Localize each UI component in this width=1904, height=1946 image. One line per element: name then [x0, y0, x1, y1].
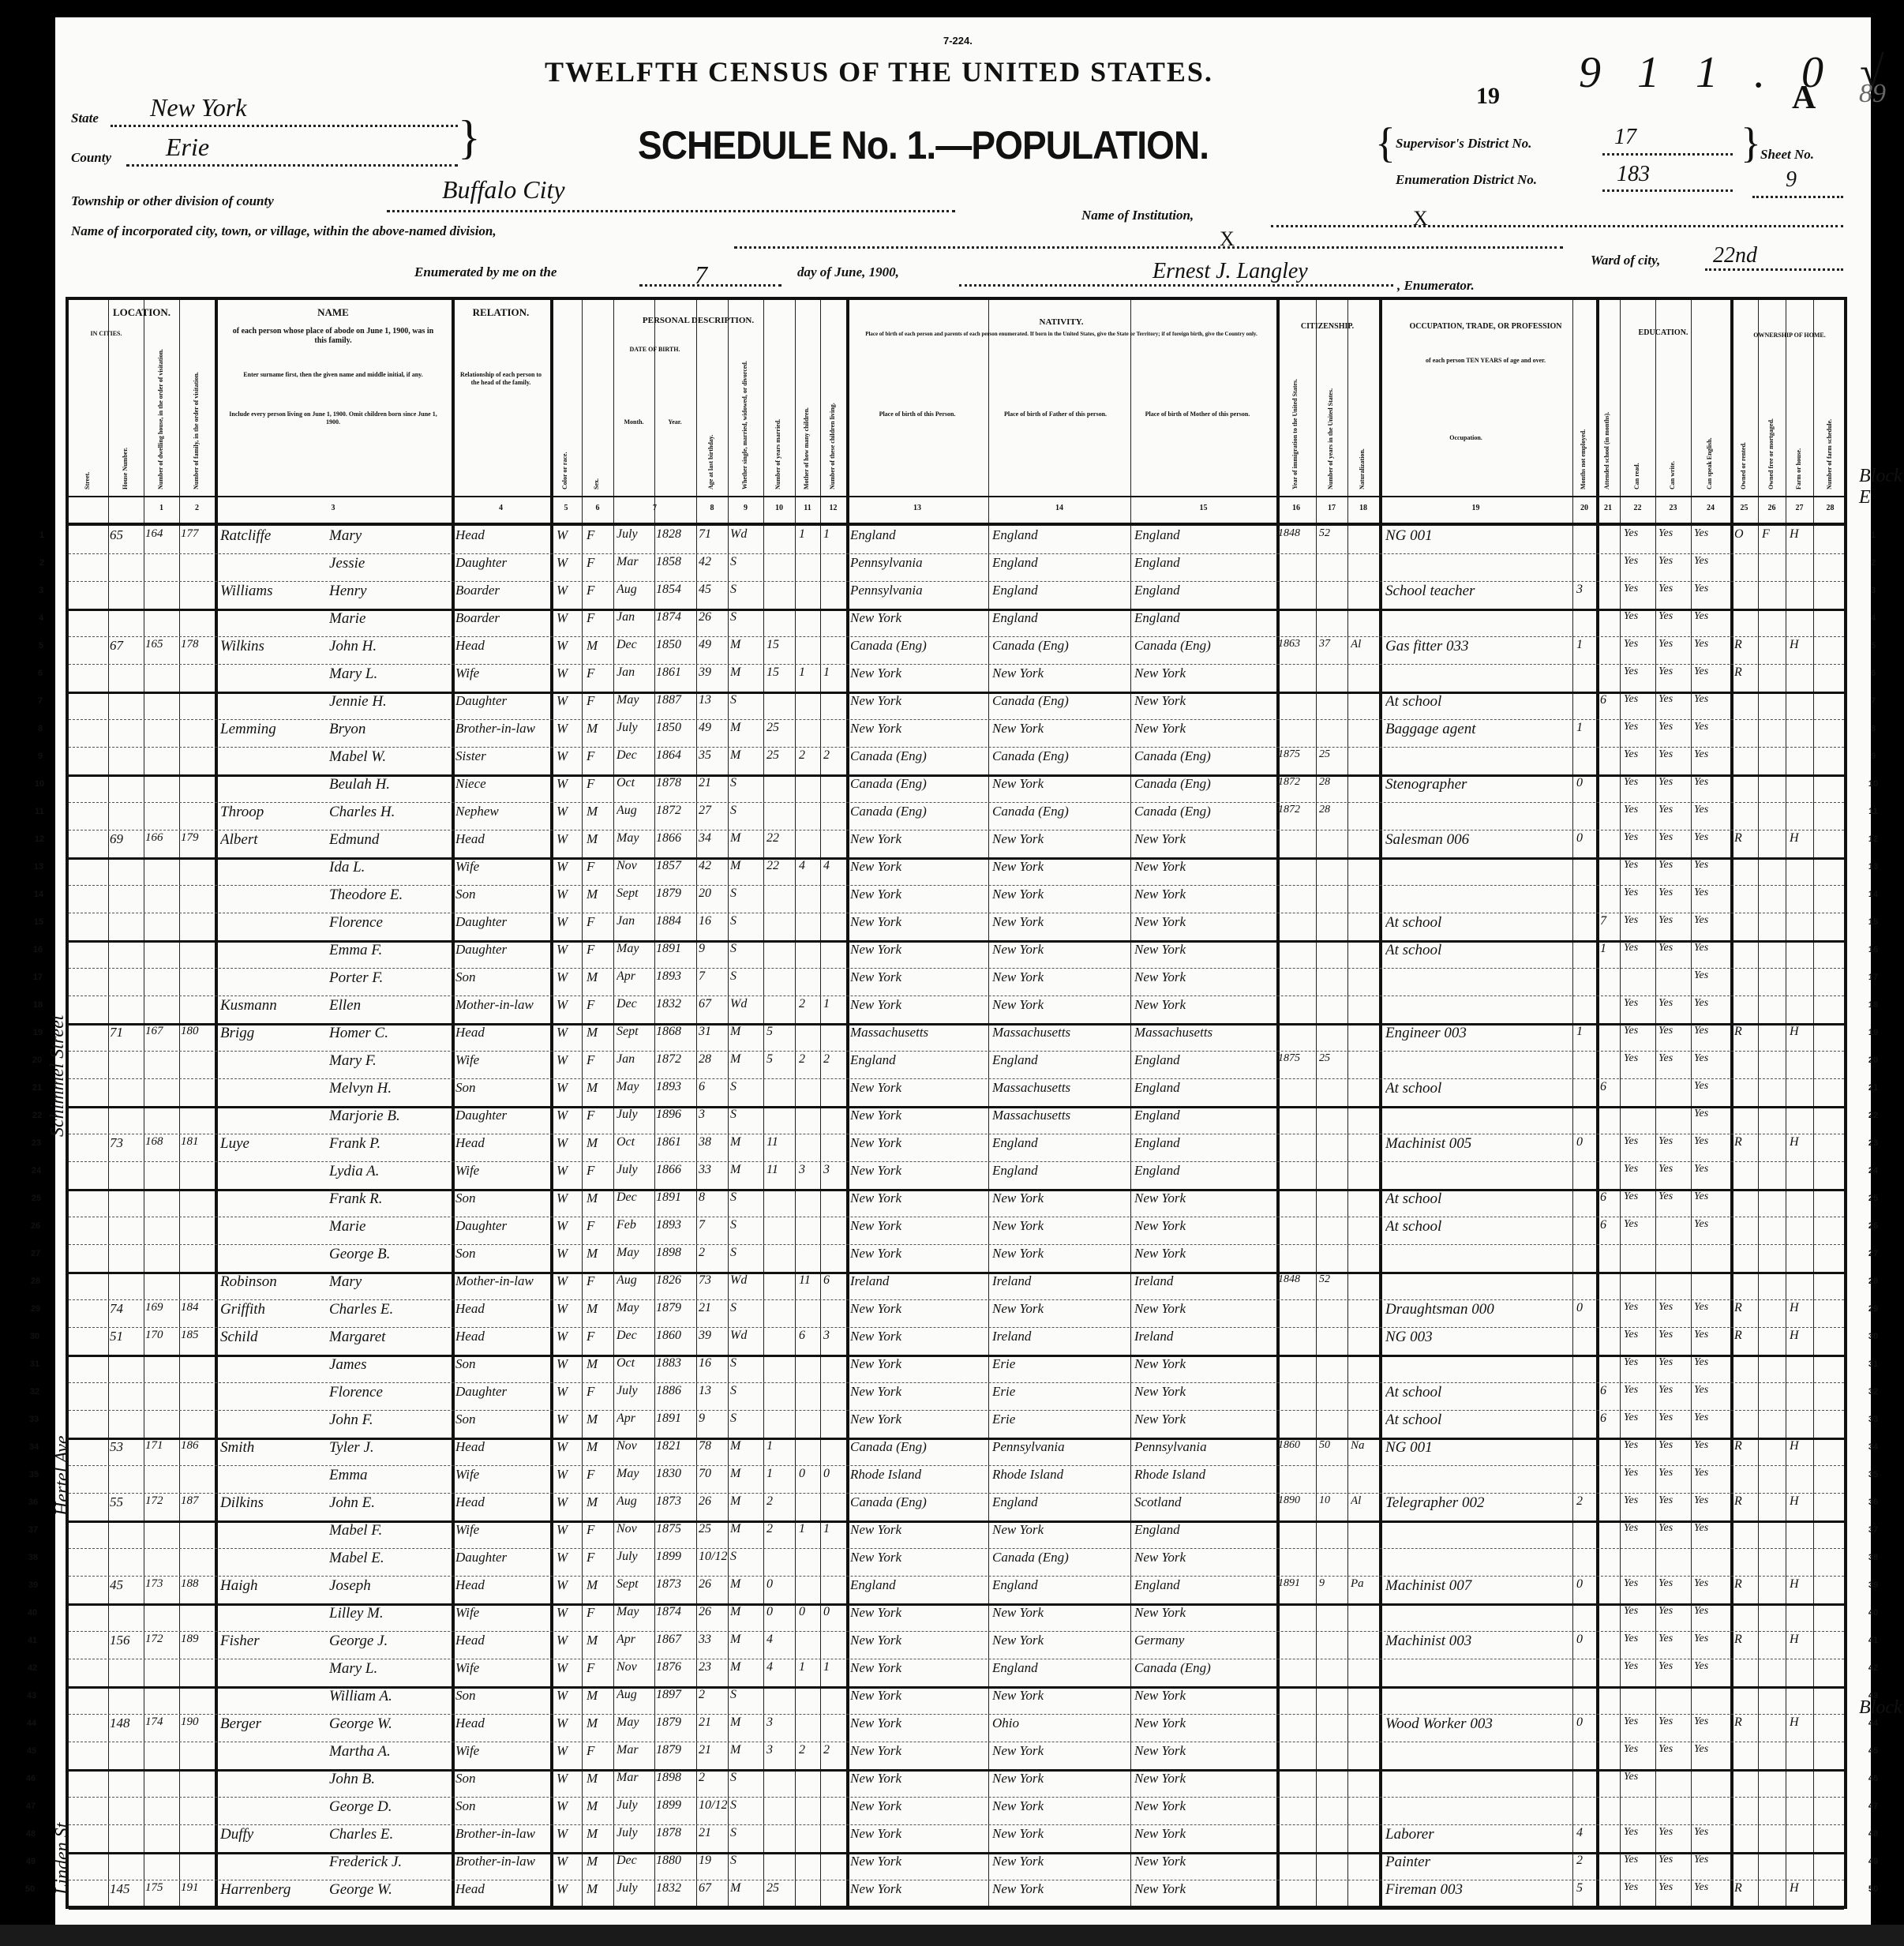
- cell-given: Martha A.: [329, 1743, 448, 1760]
- cell-house: 73: [110, 1135, 145, 1151]
- cell-un: 0: [1576, 1301, 1595, 1315]
- cell-color: W: [557, 610, 580, 626]
- cell-year: 1876: [656, 1660, 695, 1674]
- cell-given: John E.: [329, 1494, 448, 1512]
- table-row: Marjorie B.DaughterWFJuly18963SNew YorkM…: [69, 1106, 1844, 1134]
- cell-pb: New York: [850, 1743, 988, 1759]
- cell-ch: 2: [823, 1743, 845, 1757]
- cell-mar: M: [730, 1494, 762, 1509]
- cell-fam: 191: [181, 1881, 216, 1895]
- line-number: 25: [28, 1194, 45, 1203]
- cell-wr: Yes: [1659, 1743, 1690, 1756]
- cell-rd: Yes: [1624, 1522, 1655, 1535]
- cell-fh: H: [1790, 1301, 1813, 1315]
- cell-en: Yes: [1694, 831, 1729, 844]
- cell-fb: Pennsylvania: [992, 1439, 1130, 1455]
- cell-pb: New York: [850, 1798, 988, 1814]
- cell-en: Yes: [1694, 1356, 1729, 1369]
- cell-rd: Yes: [1624, 1633, 1655, 1645]
- column-number: 26: [1758, 504, 1786, 512]
- cell-ch: 3: [823, 1329, 845, 1343]
- ward-label: Ward of city,: [1591, 253, 1660, 268]
- header-street: Street.: [84, 355, 91, 489]
- cell-surname: Brigg: [220, 1025, 327, 1042]
- header-free-mortgaged: Owned free or mortgaged.: [1767, 355, 1775, 489]
- cell-rel: Head: [455, 1494, 549, 1510]
- cell-wr: Yes: [1659, 1052, 1690, 1065]
- header-can-write: Can write.: [1669, 355, 1676, 489]
- cell-ch: 1: [823, 997, 845, 1011]
- table-row: 51170185SchildMargaretHeadWFDec186039Wd6…: [69, 1327, 1844, 1357]
- cell-sex: M: [587, 1854, 610, 1869]
- cell-sex: F: [587, 776, 610, 792]
- cell-age: 21: [699, 1301, 729, 1315]
- cell-un: 1: [1576, 638, 1595, 652]
- cell-mar: S: [730, 555, 762, 569]
- cell-rd: Yes: [1624, 1135, 1655, 1148]
- cell-color: W: [557, 1715, 580, 1731]
- cell-ym: 3: [766, 1743, 795, 1757]
- cell-en: Yes: [1694, 1494, 1729, 1507]
- header-name-note1: Enter surname first, then the given name…: [227, 371, 440, 379]
- cell-en: Yes: [1694, 1218, 1729, 1231]
- cell-rel: Wife: [455, 1605, 549, 1621]
- cell-en: Yes: [1694, 583, 1729, 595]
- cell-ym: 25: [766, 748, 795, 763]
- cell-color: W: [557, 1329, 580, 1344]
- cell-fb: England: [992, 583, 1130, 598]
- cell-rel: Wife: [455, 666, 549, 681]
- cell-sex: M: [587, 1439, 610, 1455]
- cell-wr: Yes: [1659, 1467, 1690, 1479]
- cell-ym: 0: [766, 1577, 795, 1592]
- line-number: 8: [1865, 724, 1882, 733]
- cell-color: W: [557, 914, 580, 930]
- cell-sch: 6: [1600, 1080, 1619, 1094]
- cell-nat: Pa: [1351, 1577, 1379, 1591]
- column-number: 19: [1379, 504, 1572, 512]
- cell-mo: 1: [799, 666, 821, 680]
- cell-year: 1874: [656, 1605, 695, 1619]
- line-number: 22: [1865, 1111, 1882, 1120]
- cell-en: Yes: [1694, 1190, 1729, 1203]
- cell-sex: M: [587, 1577, 610, 1593]
- cell-rd: Yes: [1624, 1412, 1655, 1424]
- cell-rel: Wife: [455, 1660, 549, 1676]
- cell-occ: Stenographer: [1385, 776, 1572, 793]
- header-occupation-sub: Occupation.: [1387, 434, 1545, 442]
- cell-rel: Wife: [455, 1743, 549, 1759]
- cell-given: Marie: [329, 610, 448, 628]
- cell-month: Mar: [617, 1743, 654, 1757]
- table-row: RobinsonMaryMother-in-lawWFAug182673Wd11…: [69, 1272, 1844, 1300]
- cell-fb: New York: [992, 1633, 1130, 1648]
- cell-occ: Draughtsman 000: [1385, 1301, 1572, 1318]
- supervisor-line: [1602, 153, 1733, 156]
- cell-rel: Son: [455, 887, 549, 902]
- cell-year: 1828: [656, 527, 695, 542]
- line-number: 20: [1865, 1055, 1882, 1065]
- line-number: 44: [23, 1719, 40, 1728]
- cell-mb: New York: [1134, 1715, 1275, 1731]
- column-number: 3: [215, 504, 452, 512]
- line-number: 32: [26, 1387, 43, 1397]
- header-color: Color or race.: [561, 355, 568, 489]
- line-number: 32: [1865, 1387, 1882, 1397]
- cell-en: Yes: [1694, 1881, 1729, 1894]
- table-row: JessieDaughterWFMar185842SPennsylvaniaEn…: [69, 553, 1844, 582]
- cell-wr: Yes: [1659, 997, 1690, 1010]
- cell-mb: New York: [1134, 1605, 1275, 1621]
- cell-given: John B.: [329, 1771, 448, 1788]
- cell-rel: Head: [455, 638, 549, 654]
- cell-dw: 168: [145, 1135, 181, 1149]
- line-number: 20: [28, 1055, 46, 1065]
- cell-given: Ellen: [329, 997, 448, 1014]
- cell-dw: 172: [145, 1494, 181, 1508]
- cell-year: 1896: [656, 1108, 695, 1122]
- cell-fam: 184: [181, 1301, 216, 1314]
- cell-surname: Duffy: [220, 1826, 327, 1843]
- line-number: 11: [31, 807, 48, 816]
- cell-occ: Wood Worker 003: [1385, 1715, 1572, 1733]
- cell-rel: Head: [455, 1633, 549, 1648]
- cell-color: W: [557, 1771, 580, 1787]
- cell-age: 25: [699, 1522, 729, 1536]
- cell-fam: 181: [181, 1135, 216, 1149]
- cell-fam: 189: [181, 1633, 216, 1646]
- cell-fb: Rhode Island: [992, 1467, 1130, 1483]
- cell-color: W: [557, 776, 580, 792]
- enumeration-value: 183: [1617, 162, 1650, 187]
- cell-year: 1886: [656, 1384, 695, 1398]
- cell-fb: Canada (Eng): [992, 638, 1130, 654]
- cell-sex: M: [587, 1080, 610, 1096]
- cell-occ: Baggage agent: [1385, 721, 1572, 738]
- cell-yus: 52: [1319, 527, 1347, 540]
- cell-age: 67: [699, 997, 729, 1011]
- cell-year: 1875: [656, 1522, 695, 1536]
- cell-sex: F: [587, 1467, 610, 1483]
- cell-color: W: [557, 859, 580, 875]
- cell-mar: S: [730, 1301, 762, 1315]
- line-number: 43: [23, 1691, 40, 1700]
- cell-mar: Wd: [730, 527, 762, 542]
- cell-fam: 180: [181, 1025, 216, 1038]
- cell-occ: Gas fitter 033: [1385, 638, 1572, 655]
- cell-wr: Yes: [1659, 527, 1690, 540]
- column-number: 8: [696, 504, 728, 512]
- cell-rel: Wife: [455, 859, 549, 875]
- cell-age: 16: [699, 914, 729, 928]
- header-education: EDUCATION.: [1596, 328, 1730, 337]
- margin-note-right-2: Block: [1859, 1697, 1902, 1719]
- cell-mb: New York: [1134, 1218, 1275, 1234]
- cell-sex: M: [587, 1190, 610, 1206]
- table-row: Jennie H.DaughterWFMay188713SNew YorkCan…: [69, 692, 1844, 720]
- cell-given: Theodore E.: [329, 887, 448, 904]
- cell-wr: Yes: [1659, 1301, 1690, 1314]
- cell-month: July: [617, 1163, 654, 1177]
- cell-un: 5: [1576, 1881, 1595, 1895]
- cell-pb: New York: [850, 1135, 988, 1151]
- cell-en: Yes: [1694, 1163, 1729, 1175]
- line-number: 10: [31, 779, 48, 789]
- ward-value: 22nd: [1713, 243, 1757, 268]
- enumerator-line: [959, 284, 1393, 287]
- cell-en: Yes: [1694, 1052, 1729, 1065]
- cell-rel: Sister: [455, 748, 549, 764]
- line-number: 9: [1865, 752, 1882, 761]
- cell-sex: F: [587, 859, 610, 875]
- year-prefix: 19: [1476, 83, 1500, 110]
- cell-mar: M: [730, 1605, 762, 1619]
- cell-given: Florence: [329, 1384, 448, 1401]
- cell-year: 1873: [656, 1494, 695, 1509]
- cell-en: Yes: [1694, 721, 1729, 733]
- cell-fh: H: [1790, 1494, 1813, 1509]
- cell-month: May: [617, 831, 654, 846]
- cell-fb: New York: [992, 914, 1130, 930]
- cell-fb: England: [992, 1660, 1130, 1676]
- cell-pb: Canada (Eng): [850, 1439, 988, 1455]
- cell-dw: 172: [145, 1633, 181, 1646]
- cell-imm: 1863: [1278, 638, 1316, 651]
- cell-un: 0: [1576, 1633, 1595, 1647]
- cell-pb: New York: [850, 997, 988, 1013]
- table-row: FlorenceDaughterWFJuly188613SNew YorkEri…: [69, 1382, 1844, 1411]
- cell-mb: Germany: [1134, 1633, 1275, 1648]
- cell-month: Apr: [617, 969, 654, 984]
- cell-mar: M: [730, 1577, 762, 1592]
- cell-rd: Yes: [1624, 555, 1655, 568]
- cell-year: 1893: [656, 1218, 695, 1232]
- cell-wr: Yes: [1659, 748, 1690, 761]
- cell-month: Sept: [617, 1025, 654, 1039]
- cell-pb: New York: [850, 1412, 988, 1427]
- line-number: 45: [1865, 1746, 1882, 1756]
- cell-given: John F.: [329, 1412, 448, 1429]
- column-number: 28: [1813, 504, 1847, 512]
- state-line: [111, 125, 458, 127]
- cell-en: Yes: [1694, 638, 1729, 651]
- line-number: 41: [1865, 1636, 1882, 1645]
- line-number: 21: [28, 1083, 46, 1093]
- cell-month: Aug: [617, 804, 654, 818]
- cell-own: R: [1734, 666, 1758, 680]
- cell-year: 1891: [656, 1190, 695, 1205]
- cell-month: July: [617, 721, 654, 735]
- cell-wr: Yes: [1659, 1439, 1690, 1452]
- cell-en: Yes: [1694, 1715, 1729, 1728]
- column-number: 9: [728, 504, 763, 512]
- line-number: 36: [24, 1498, 42, 1507]
- township-value: Buffalo City: [442, 175, 565, 204]
- cell-occ: School teacher: [1385, 583, 1572, 600]
- column-number: 15: [1130, 504, 1276, 512]
- cell-mar: M: [730, 721, 762, 735]
- brace-left: {: [1375, 118, 1396, 167]
- cell-mar: M: [730, 1052, 762, 1067]
- cell-pb: England: [850, 527, 988, 543]
- cell-sch: 7: [1600, 914, 1619, 928]
- cell-yus: 10: [1319, 1494, 1347, 1507]
- incorporated-line: [734, 246, 1563, 249]
- header-family: Number of family, in the order of visita…: [193, 355, 200, 489]
- cell-fb: England: [992, 527, 1130, 543]
- cell-pb: Rhode Island: [850, 1467, 988, 1483]
- cell-month: Jan: [617, 666, 654, 680]
- cell-pb: New York: [850, 1881, 988, 1897]
- line-number: 11: [1865, 807, 1882, 816]
- cell-pb: Pennsylvania: [850, 583, 988, 598]
- cell-rd: Yes: [1624, 859, 1655, 872]
- cell-rd: Yes: [1624, 887, 1655, 899]
- cell-pb: New York: [850, 1384, 988, 1400]
- cell-sch: 1: [1600, 942, 1619, 956]
- cell-sex: F: [587, 1163, 610, 1179]
- cell-month: Apr: [617, 1633, 654, 1647]
- cell-sex: F: [587, 527, 610, 543]
- cell-pb: New York: [850, 1660, 988, 1676]
- cell-color: W: [557, 1550, 580, 1565]
- cell-ym: 4: [766, 1660, 795, 1674]
- cell-wr: Yes: [1659, 555, 1690, 568]
- cell-fb: New York: [992, 1301, 1130, 1317]
- cell-fh: H: [1790, 1577, 1813, 1592]
- line-number: 40: [1865, 1608, 1882, 1618]
- cell-pb: Ireland: [850, 1273, 988, 1289]
- cell-age: 2: [699, 1771, 729, 1785]
- line-number: 4: [1865, 613, 1882, 623]
- cell-fb: New York: [992, 721, 1130, 737]
- cell-age: 7: [699, 969, 729, 984]
- column-number: 11: [795, 504, 820, 512]
- column-number: 13: [846, 504, 988, 512]
- cell-month: Mar: [617, 1771, 654, 1785]
- line-number: 8: [32, 724, 49, 733]
- corner-stamp: A: [1792, 79, 1816, 117]
- cell-color: W: [557, 1025, 580, 1040]
- cell-color: W: [557, 1660, 580, 1676]
- header-birth-father: Place of birth of Father of this person.: [988, 411, 1123, 418]
- cell-rel: Head: [455, 1301, 549, 1317]
- cell-ym: 2: [766, 1522, 795, 1536]
- cell-nat: Na: [1351, 1439, 1379, 1453]
- cell-occ: Engineer 003: [1385, 1025, 1572, 1042]
- cell-rd: Yes: [1624, 1025, 1655, 1037]
- cell-mb: Pennsylvania: [1134, 1439, 1275, 1455]
- line-number: 17: [29, 973, 47, 982]
- cell-mar: S: [730, 583, 762, 597]
- cell-en: Yes: [1694, 1522, 1729, 1535]
- cell-pb: New York: [850, 1301, 988, 1317]
- line-number: 31: [1865, 1359, 1882, 1369]
- cell-mar: S: [730, 1356, 762, 1370]
- cell-given: Lydia A.: [329, 1163, 448, 1180]
- cell-en: Yes: [1694, 1135, 1729, 1148]
- line-number: 37: [24, 1525, 42, 1535]
- cell-sch: 6: [1600, 1384, 1619, 1398]
- cell-age: 35: [699, 748, 729, 763]
- cell-month: Feb: [617, 1218, 654, 1232]
- county-line: [126, 164, 458, 167]
- cell-own: R: [1734, 1881, 1758, 1895]
- cell-pb: New York: [850, 969, 988, 985]
- cell-fh: H: [1790, 1881, 1813, 1895]
- enumerated-label: Enumerated by me on the: [414, 264, 557, 280]
- cell-month: July: [617, 1108, 654, 1122]
- line-number: 38: [1865, 1553, 1882, 1562]
- cell-wr: Yes: [1659, 1329, 1690, 1341]
- cell-pb: New York: [850, 1108, 988, 1123]
- cell-ym: 2: [766, 1494, 795, 1509]
- cell-sex: M: [587, 1633, 610, 1648]
- cell-fb: England: [992, 1052, 1130, 1068]
- cell-yus: 37: [1319, 638, 1347, 651]
- cell-pb: New York: [850, 1329, 988, 1344]
- cell-occ: Painter: [1385, 1854, 1572, 1871]
- line-number: 4: [32, 613, 50, 623]
- cell-age: 26: [699, 610, 729, 624]
- cell-sex: M: [587, 721, 610, 737]
- cell-color: W: [557, 666, 580, 681]
- cell-wr: Yes: [1659, 1384, 1690, 1397]
- cell-fb: Ohio: [992, 1715, 1130, 1731]
- cell-fb: New York: [992, 1771, 1130, 1787]
- cell-pb: New York: [850, 666, 988, 681]
- cell-mb: England: [1134, 1108, 1275, 1123]
- table-row: George B.SonWMMay18982SNew YorkNew YorkN…: [69, 1244, 1844, 1274]
- cell-occ: At school: [1385, 1384, 1572, 1401]
- cell-en: Yes: [1694, 1025, 1729, 1037]
- cell-pb: New York: [850, 942, 988, 958]
- cell-yus: 28: [1319, 804, 1347, 816]
- table-row: Frederick J.Brother-in-lawWMDec188019SNe…: [69, 1852, 1844, 1880]
- cell-month: Sept: [617, 1577, 654, 1592]
- cell-color: W: [557, 1743, 580, 1759]
- cell-pb: New York: [850, 1605, 988, 1621]
- table-row: LemmingBryonBrother-in-lawWMJuly185049M2…: [69, 719, 1844, 748]
- cell-rel: Head: [455, 1715, 549, 1731]
- cell-yus: 50: [1319, 1439, 1347, 1452]
- cell-color: W: [557, 638, 580, 654]
- cell-house: 51: [110, 1329, 145, 1344]
- cell-wr: Yes: [1659, 1633, 1690, 1645]
- line-number: 13: [30, 862, 47, 872]
- cell-age: 71: [699, 527, 729, 542]
- line-number: 15: [1865, 917, 1882, 927]
- cell-color: W: [557, 555, 580, 571]
- cell-occ: NG 001: [1385, 527, 1572, 545]
- line-number: 17: [1865, 973, 1882, 982]
- cell-ch: 1: [823, 666, 845, 680]
- cell-sex: M: [587, 1881, 610, 1897]
- cell-sex: F: [587, 1329, 610, 1344]
- cell-house: 74: [110, 1301, 145, 1317]
- cell-rel: Daughter: [455, 1384, 549, 1400]
- line-number: 27: [27, 1249, 44, 1258]
- cell-en: Yes: [1694, 1329, 1729, 1341]
- table-row: ThroopCharles H.NephewWMAug187227SCanada…: [69, 802, 1844, 831]
- brace-right: }: [1741, 118, 1761, 167]
- cell-sex: M: [587, 887, 610, 902]
- cell-mar: S: [730, 914, 762, 928]
- cell-surname: Albert: [220, 831, 327, 849]
- cell-rd: Yes: [1624, 1494, 1655, 1507]
- sheet-label: Sheet No.: [1760, 147, 1814, 163]
- cell-mb: Massachusetts: [1134, 1025, 1275, 1040]
